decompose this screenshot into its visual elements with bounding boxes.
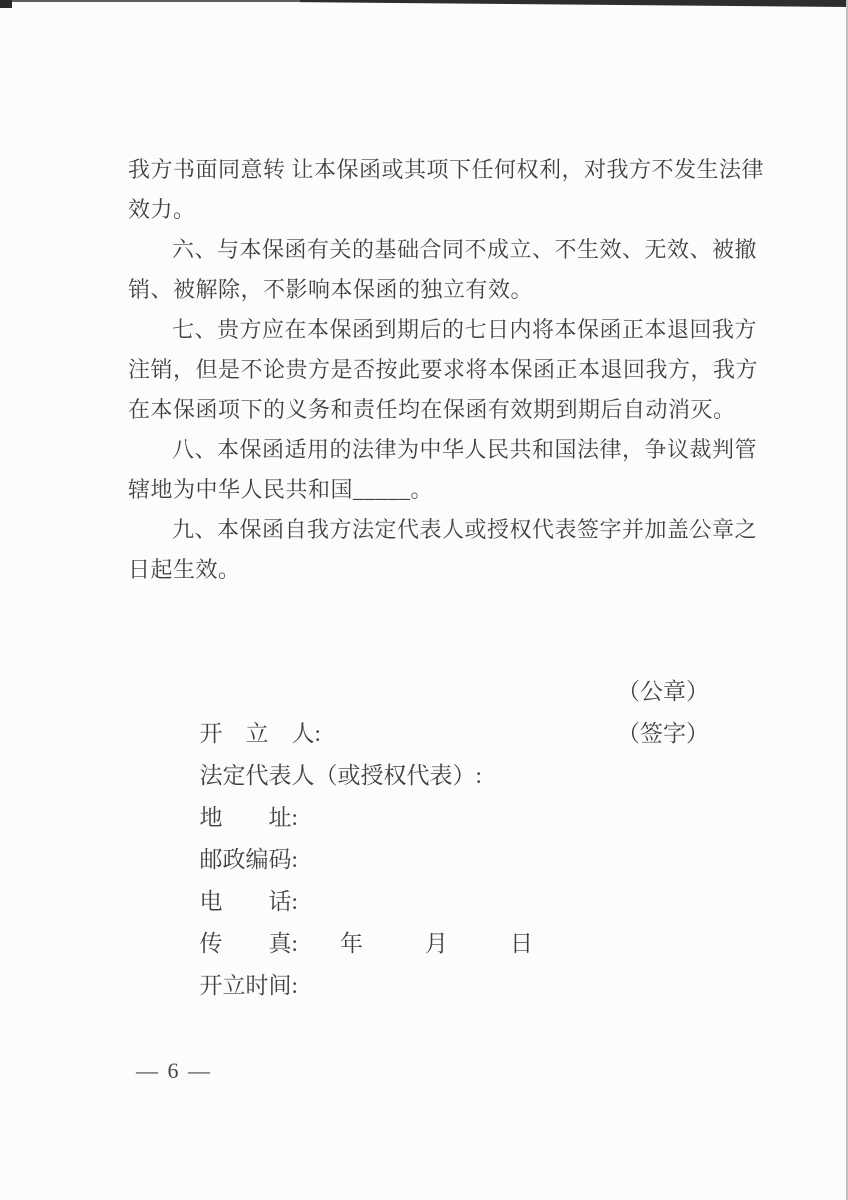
- scanned-document-page: 我方书面同意转 让本保函或其项下任何权利，对我方不发生法律 效力。 六、与本保函…: [0, 0, 848, 1200]
- sig-row-fax: 传 真:: [165, 881, 745, 923]
- clause-line: 八、本保函适用的法律为中华人民共和国法律，争议裁判管: [128, 430, 760, 470]
- clause-line: 七、贵方应在本保函到期后的七日内将本保函正本退回我方: [128, 310, 760, 350]
- sig-row-issue-date: 开立时间: 年 月 日: [165, 923, 745, 965]
- clause-line: 九、本保函自我方法定代表人或授权代表签字并加盖公章之: [128, 510, 760, 550]
- clause-line: 销、被解除，不影响本保函的独立有效。: [128, 270, 760, 310]
- clause-line: 注销，但是不论贵方是否按此要求将本保函正本退回我方，我方: [128, 350, 760, 390]
- company-seal-label: （公章）: [617, 671, 709, 713]
- sig-row-postal-code: 邮政编码:: [165, 797, 745, 839]
- clause-line: 辖地为中华人民共和国_____。: [128, 470, 760, 510]
- issue-date-label: 开立时间:: [200, 973, 298, 998]
- sig-row-legal-representative: 法定代表人（或授权代表）: （签字）: [165, 713, 745, 755]
- sig-row-issuer: 开 立 人: （公章）: [165, 671, 745, 713]
- guarantee-clauses: 我方书面同意转 让本保函或其项下任何权利，对我方不发生法律 效力。 六、与本保函…: [128, 150, 760, 590]
- clause-line: 效力。: [128, 190, 760, 230]
- clause-line: 在本保函项下的义务和责任均在保函有效期到期后自动消灭。: [128, 390, 760, 430]
- page-number: — 6 —: [136, 1058, 212, 1084]
- signature-label: （签字）: [617, 713, 709, 755]
- date-month-label: 月: [425, 923, 448, 965]
- clause-line: 六、与本保函有关的基础合同不成立、不生效、无效、被撤: [128, 230, 760, 270]
- sig-row-address: 地 址:: [165, 755, 745, 797]
- scan-artifact-top-right-wedge: [300, 0, 848, 7]
- clause-line: 我方书面同意转 让本保函或其项下任何权利，对我方不发生法律: [128, 150, 760, 190]
- date-day-label: 日: [510, 923, 533, 965]
- clause-line: 日起生效。: [128, 550, 760, 590]
- date-year-label: 年: [340, 923, 363, 965]
- scan-artifact-top-left-mark: [0, 0, 12, 8]
- signature-block: 开 立 人: （公章） 法定代表人（或授权代表）: （签字） 地 址: 邮政编码…: [165, 671, 745, 965]
- sig-row-telephone: 电 话:: [165, 839, 745, 881]
